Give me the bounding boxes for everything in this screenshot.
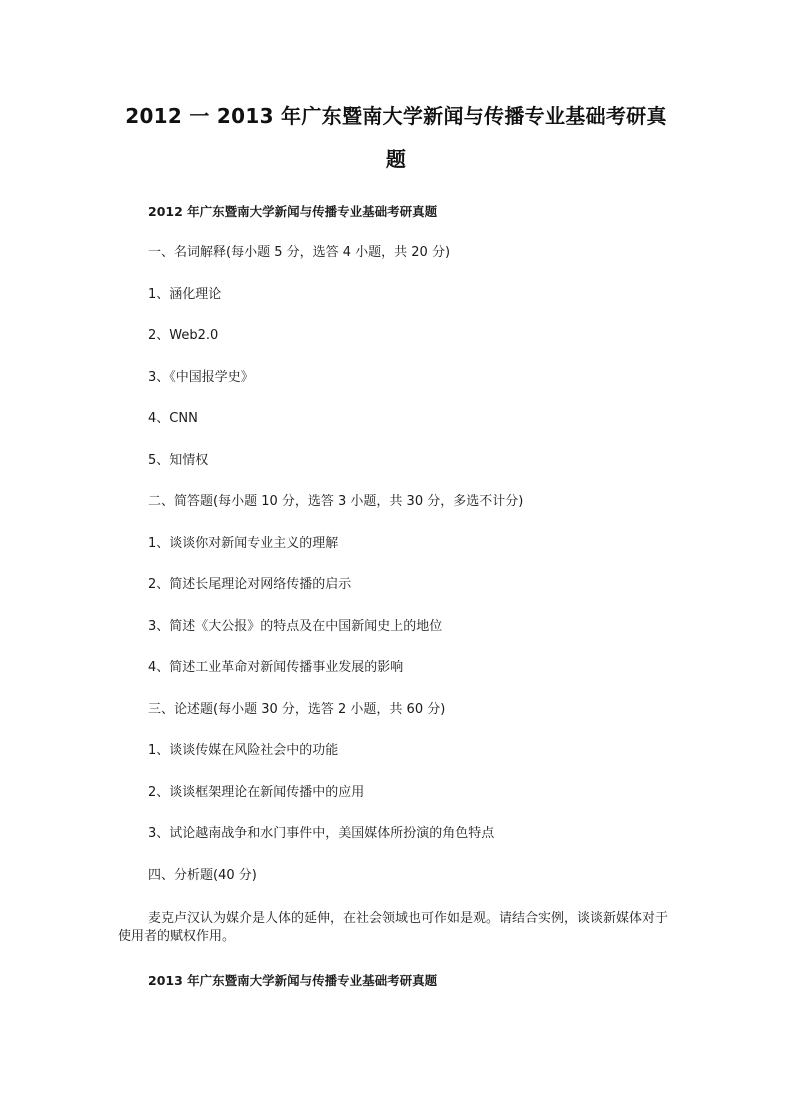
part2-heading: 二、简答题(每小题 10 分，选答 3 小题，共 30 分，多选不计分) (148, 494, 523, 510)
part1-item-1: 1、涵化理论 (148, 287, 221, 303)
part1-item-2: 2、Web2.0 (148, 328, 218, 344)
part4-paragraph: 麦克卢汉认为媒介是人体的延伸，在社会领域也可作如是观。请结合实例，谈谈新媒体对于… (118, 910, 674, 946)
part2-item-1: 1、谈谈你对新闻专业主义的理解 (148, 536, 338, 552)
part3-item-3: 3、试论越南战争和水门事件中，美国媒体所扮演的角色特点 (148, 826, 494, 842)
document-title-line1: 2012 一 2013 年广东暨南大学新闻与传播专业基础考研真 (118, 104, 674, 128)
section-2013-heading: 2013 年广东暨南大学新闻与传播专业基础考研真题 (148, 973, 437, 989)
part1-item-3: 3、《中国报学史》 (148, 370, 254, 386)
part1-heading: 一、名词解释(每小题 5 分，选答 4 小题，共 20 分) (148, 245, 450, 261)
part3-heading: 三、论述题(每小题 30 分，选答 2 小题，共 60 分) (148, 702, 445, 718)
part2-item-3: 3、简述《大公报》的特点及在中国新闻史上的地位 (148, 619, 442, 635)
part1-item-4: 4、CNN (148, 411, 198, 427)
document-page: 2012 一 2013 年广东暨南大学新闻与传播专业基础考研真 题 2012 年… (0, 0, 790, 1119)
part2-item-2: 2、简述长尾理论对网络传播的启示 (148, 577, 351, 593)
part1-item-5: 5、知情权 (148, 453, 208, 469)
part3-item-2: 2、谈谈框架理论在新闻传播中的应用 (148, 785, 364, 801)
part4-heading: 四、分析题(40 分) (148, 868, 257, 884)
document-title-line2: 题 (118, 147, 674, 171)
part2-item-4: 4、简述工业革命对新闻传播事业发展的影响 (148, 660, 403, 676)
section-2012-heading: 2012 年广东暨南大学新闻与传播专业基础考研真题 (148, 204, 437, 220)
part3-item-1: 1、谈谈传媒在风险社会中的功能 (148, 743, 338, 759)
